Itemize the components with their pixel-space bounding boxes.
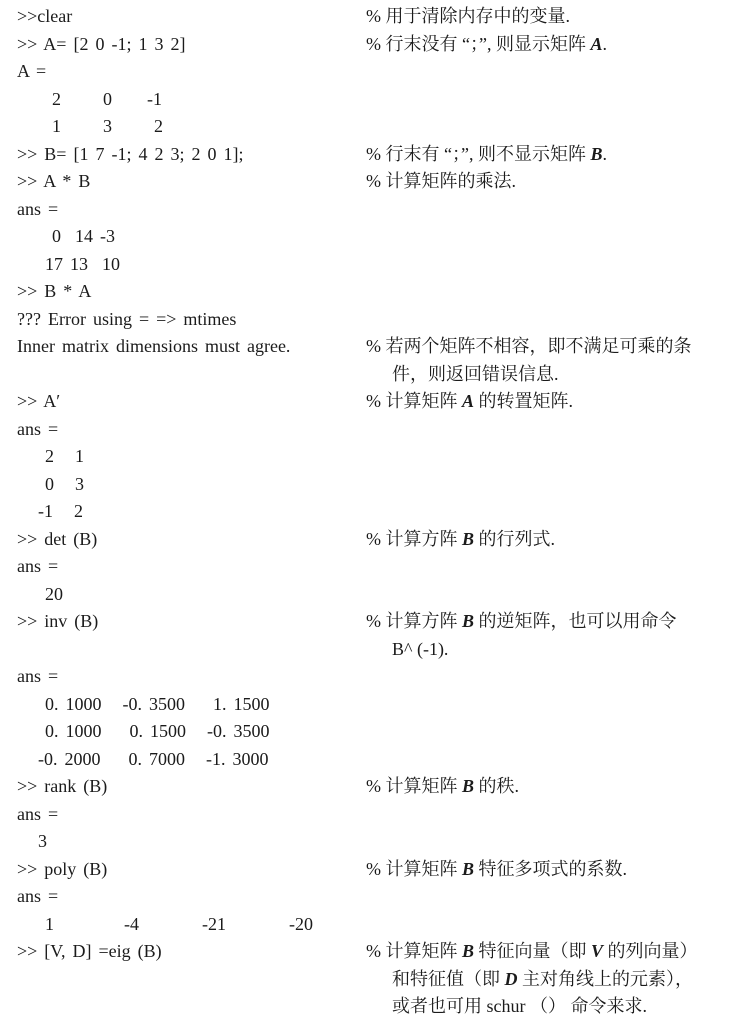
comment-run: % 计算矩阵 — [366, 859, 462, 879]
comment-text: B^ (-1). — [366, 636, 755, 664]
code-text: >> B= [1 7 -1; 4 2 3; 2 0 1]; — [0, 141, 366, 169]
console-line: -1 2 — [0, 498, 755, 526]
comment-run: 特征多项式的系数. — [474, 859, 627, 879]
console-line: >> [V, D] =eig (B) % 计算矩阵 B 特征向量（即 V 的列向… — [0, 938, 755, 966]
code-text: ans = — [0, 801, 366, 829]
comment-text: % 计算矩阵 B 特征向量（即 V 的列向量） — [366, 938, 755, 966]
code-text: 0 14 -3 — [0, 223, 366, 251]
code-text: >> B * A — [0, 278, 366, 306]
matrix-variable-name: B — [462, 529, 474, 549]
console-line: ans = — [0, 416, 755, 444]
comment-run: 的秩. — [474, 776, 519, 796]
comment-text: % 行末没有 “；”, 则显示矩阵 A. — [366, 31, 755, 59]
comment-text: 件，则返回错误信息. — [366, 361, 755, 389]
code-text: 3 — [0, 828, 366, 856]
console-line: >> inv (B) % 计算方阵 B 的逆矩阵，也可以用命令 — [0, 608, 755, 636]
comment-text: 或者也可用 schur （） 命令来求. — [366, 993, 755, 1021]
comment-text: % 计算矩阵的乘法. — [366, 168, 755, 196]
console-line: 0. 1000 0. 1500 -0. 3500 — [0, 718, 755, 746]
console-line: ans = — [0, 196, 755, 224]
code-text: >> A * B — [0, 168, 366, 196]
code-text: A = — [0, 58, 366, 86]
comment-run: % 计算方阵 — [366, 529, 462, 549]
matrix-variable-name: D — [505, 969, 518, 989]
comment-run: % 计算矩阵 — [366, 776, 462, 796]
comment-text: % 计算方阵 B 的行列式. — [366, 526, 755, 554]
code-text: 2 0 -1 — [0, 86, 366, 114]
code-text: -1 2 — [0, 498, 366, 526]
console-line: >> A= [2 0 -1; 1 3 2] % 行末没有 “；”, 则显示矩阵 … — [0, 31, 755, 59]
code-text: 1 -4 -21 -20 — [0, 911, 366, 939]
console-line: 0 3 — [0, 471, 755, 499]
console-line: 和特征值（即 D 主对角线上的元素）， — [0, 966, 755, 994]
console-line: 0. 1000 -0. 3500 1. 1500 — [0, 691, 755, 719]
console-line: >> A * B % 计算矩阵的乘法. — [0, 168, 755, 196]
code-text: 0 3 — [0, 471, 366, 499]
console-line: 2 0 -1 — [0, 86, 755, 114]
comment-text: % 计算矩阵 A 的转置矩阵. — [366, 388, 755, 416]
console-line: >>clear % 用于清除内存中的变量. — [0, 3, 755, 31]
matrix-variable-name: V — [591, 941, 603, 961]
comment-run: % 计算方阵 — [366, 611, 462, 631]
console-line: 20 — [0, 581, 755, 609]
console-line: 1 -4 -21 -20 — [0, 911, 755, 939]
console-line: ans = — [0, 663, 755, 691]
comment-text: % 用于清除内存中的变量. — [366, 3, 755, 31]
code-text: ans = — [0, 883, 366, 911]
code-text: >> det (B) — [0, 526, 366, 554]
comment-run: % 行末没有 “；”, 则显示矩阵 — [366, 34, 590, 54]
code-text: >> inv (B) — [0, 608, 366, 636]
console-line: 2 1 — [0, 443, 755, 471]
console-line: >> poly (B) % 计算矩阵 B 特征多项式的系数. — [0, 856, 755, 884]
comment-run: . — [603, 144, 608, 164]
console-line: >> A′ % 计算矩阵 A 的转置矩阵. — [0, 388, 755, 416]
console-line: A = — [0, 58, 755, 86]
code-text: 0. 1000 -0. 3500 1. 1500 — [0, 691, 366, 719]
comment-run: 的行列式. — [474, 529, 555, 549]
code-text: >> rank (B) — [0, 773, 366, 801]
code-text: 17 13 10 — [0, 251, 366, 279]
code-text: >> A= [2 0 -1; 1 3 2] — [0, 31, 366, 59]
comment-run: B^ (-1). — [392, 639, 448, 659]
comment-run: 的列向量） — [603, 941, 698, 961]
console-line: >> B * A — [0, 278, 755, 306]
console-line: 0 14 -3 — [0, 223, 755, 251]
console-line: 1 3 2 — [0, 113, 755, 141]
matrix-variable-name: A — [590, 34, 602, 54]
console-line: >> B= [1 7 -1; 4 2 3; 2 0 1]; % 行末有 “；”,… — [0, 141, 755, 169]
comment-run: % 若两个矩阵不相容，即不满足可乘的条 — [366, 336, 692, 356]
comment-run: 主对角线上的元素）， — [518, 969, 694, 989]
code-text: 1 3 2 — [0, 113, 366, 141]
comment-run: 特征向量（即 — [474, 941, 591, 961]
comment-run: 和特征值（即 — [392, 969, 505, 989]
console-line: B^ (-1). — [0, 636, 755, 664]
console-line: ans = — [0, 883, 755, 911]
code-text: >> poly (B) — [0, 856, 366, 884]
console-line: >> rank (B) % 计算矩阵 B 的秩. — [0, 773, 755, 801]
console-line: ans = — [0, 801, 755, 829]
matrix-variable-name: B — [462, 859, 474, 879]
matrix-variable-name: B — [462, 611, 474, 631]
comment-run: . — [603, 34, 608, 54]
matrix-variable-name: B — [590, 144, 602, 164]
code-text: -0. 2000 0. 7000 -1. 3000 — [0, 746, 366, 774]
comment-text: % 若两个矩阵不相容，即不满足可乘的条 — [366, 333, 755, 361]
code-text: ans = — [0, 196, 366, 224]
code-text: ans = — [0, 553, 366, 581]
comment-run: 件，则返回错误信息. — [392, 364, 559, 384]
comment-run: 或者也可用 schur （） 命令来求. — [392, 996, 647, 1016]
console-line: ans = — [0, 553, 755, 581]
comment-run: % 行末有 “；”, 则不显示矩阵 — [366, 144, 590, 164]
console-line: 3 — [0, 828, 755, 856]
comment-text: 和特征值（即 D 主对角线上的元素）， — [366, 966, 755, 994]
console-line: Inner matrix dimensions must agree. % 若两… — [0, 333, 755, 361]
comment-run: % 计算矩阵 — [366, 391, 462, 411]
console-line: 件，则返回错误信息. — [0, 361, 755, 389]
matrix-variable-name: B — [462, 941, 474, 961]
code-text: >> [V, D] =eig (B) — [0, 938, 366, 966]
comment-text: % 计算矩阵 B 特征多项式的系数. — [366, 856, 755, 884]
comment-run: 的转置矩阵. — [474, 391, 573, 411]
comment-text: % 计算方阵 B 的逆矩阵，也可以用命令 — [366, 608, 755, 636]
code-text: >> A′ — [0, 388, 366, 416]
comment-run: % 计算矩阵 — [366, 941, 462, 961]
code-text: >>clear — [0, 3, 366, 31]
code-text: 2 1 — [0, 443, 366, 471]
document-page: >>clear % 用于清除内存中的变量. >> A= [2 0 -1; 1 3… — [0, 0, 755, 1022]
comment-text: % 行末有 “；”, 则不显示矩阵 B. — [366, 141, 755, 169]
code-text: ans = — [0, 416, 366, 444]
matrix-variable-name: B — [462, 776, 474, 796]
comment-run: % 用于清除内存中的变量. — [366, 6, 570, 26]
code-text: Inner matrix dimensions must agree. — [0, 333, 366, 361]
console-line: 或者也可用 schur （） 命令来求. — [0, 993, 755, 1021]
console-line: -0. 2000 0. 7000 -1. 3000 — [0, 746, 755, 774]
console-line: 17 13 10 — [0, 251, 755, 279]
code-text: ??? Error using = => mtimes — [0, 306, 366, 334]
code-text: ans = — [0, 663, 366, 691]
console-line: ??? Error using = => mtimes — [0, 306, 755, 334]
code-text: 0. 1000 0. 1500 -0. 3500 — [0, 718, 366, 746]
comment-run: 的逆矩阵，也可以用命令 — [474, 611, 677, 631]
console-lines: >>clear % 用于清除内存中的变量. >> A= [2 0 -1; 1 3… — [0, 3, 755, 1021]
comment-text: % 计算矩阵 B 的秩. — [366, 773, 755, 801]
code-text: 20 — [0, 581, 366, 609]
console-line: >> det (B) % 计算方阵 B 的行列式. — [0, 526, 755, 554]
matrix-variable-name: A — [462, 391, 474, 411]
comment-run: % 计算矩阵的乘法. — [366, 171, 516, 191]
